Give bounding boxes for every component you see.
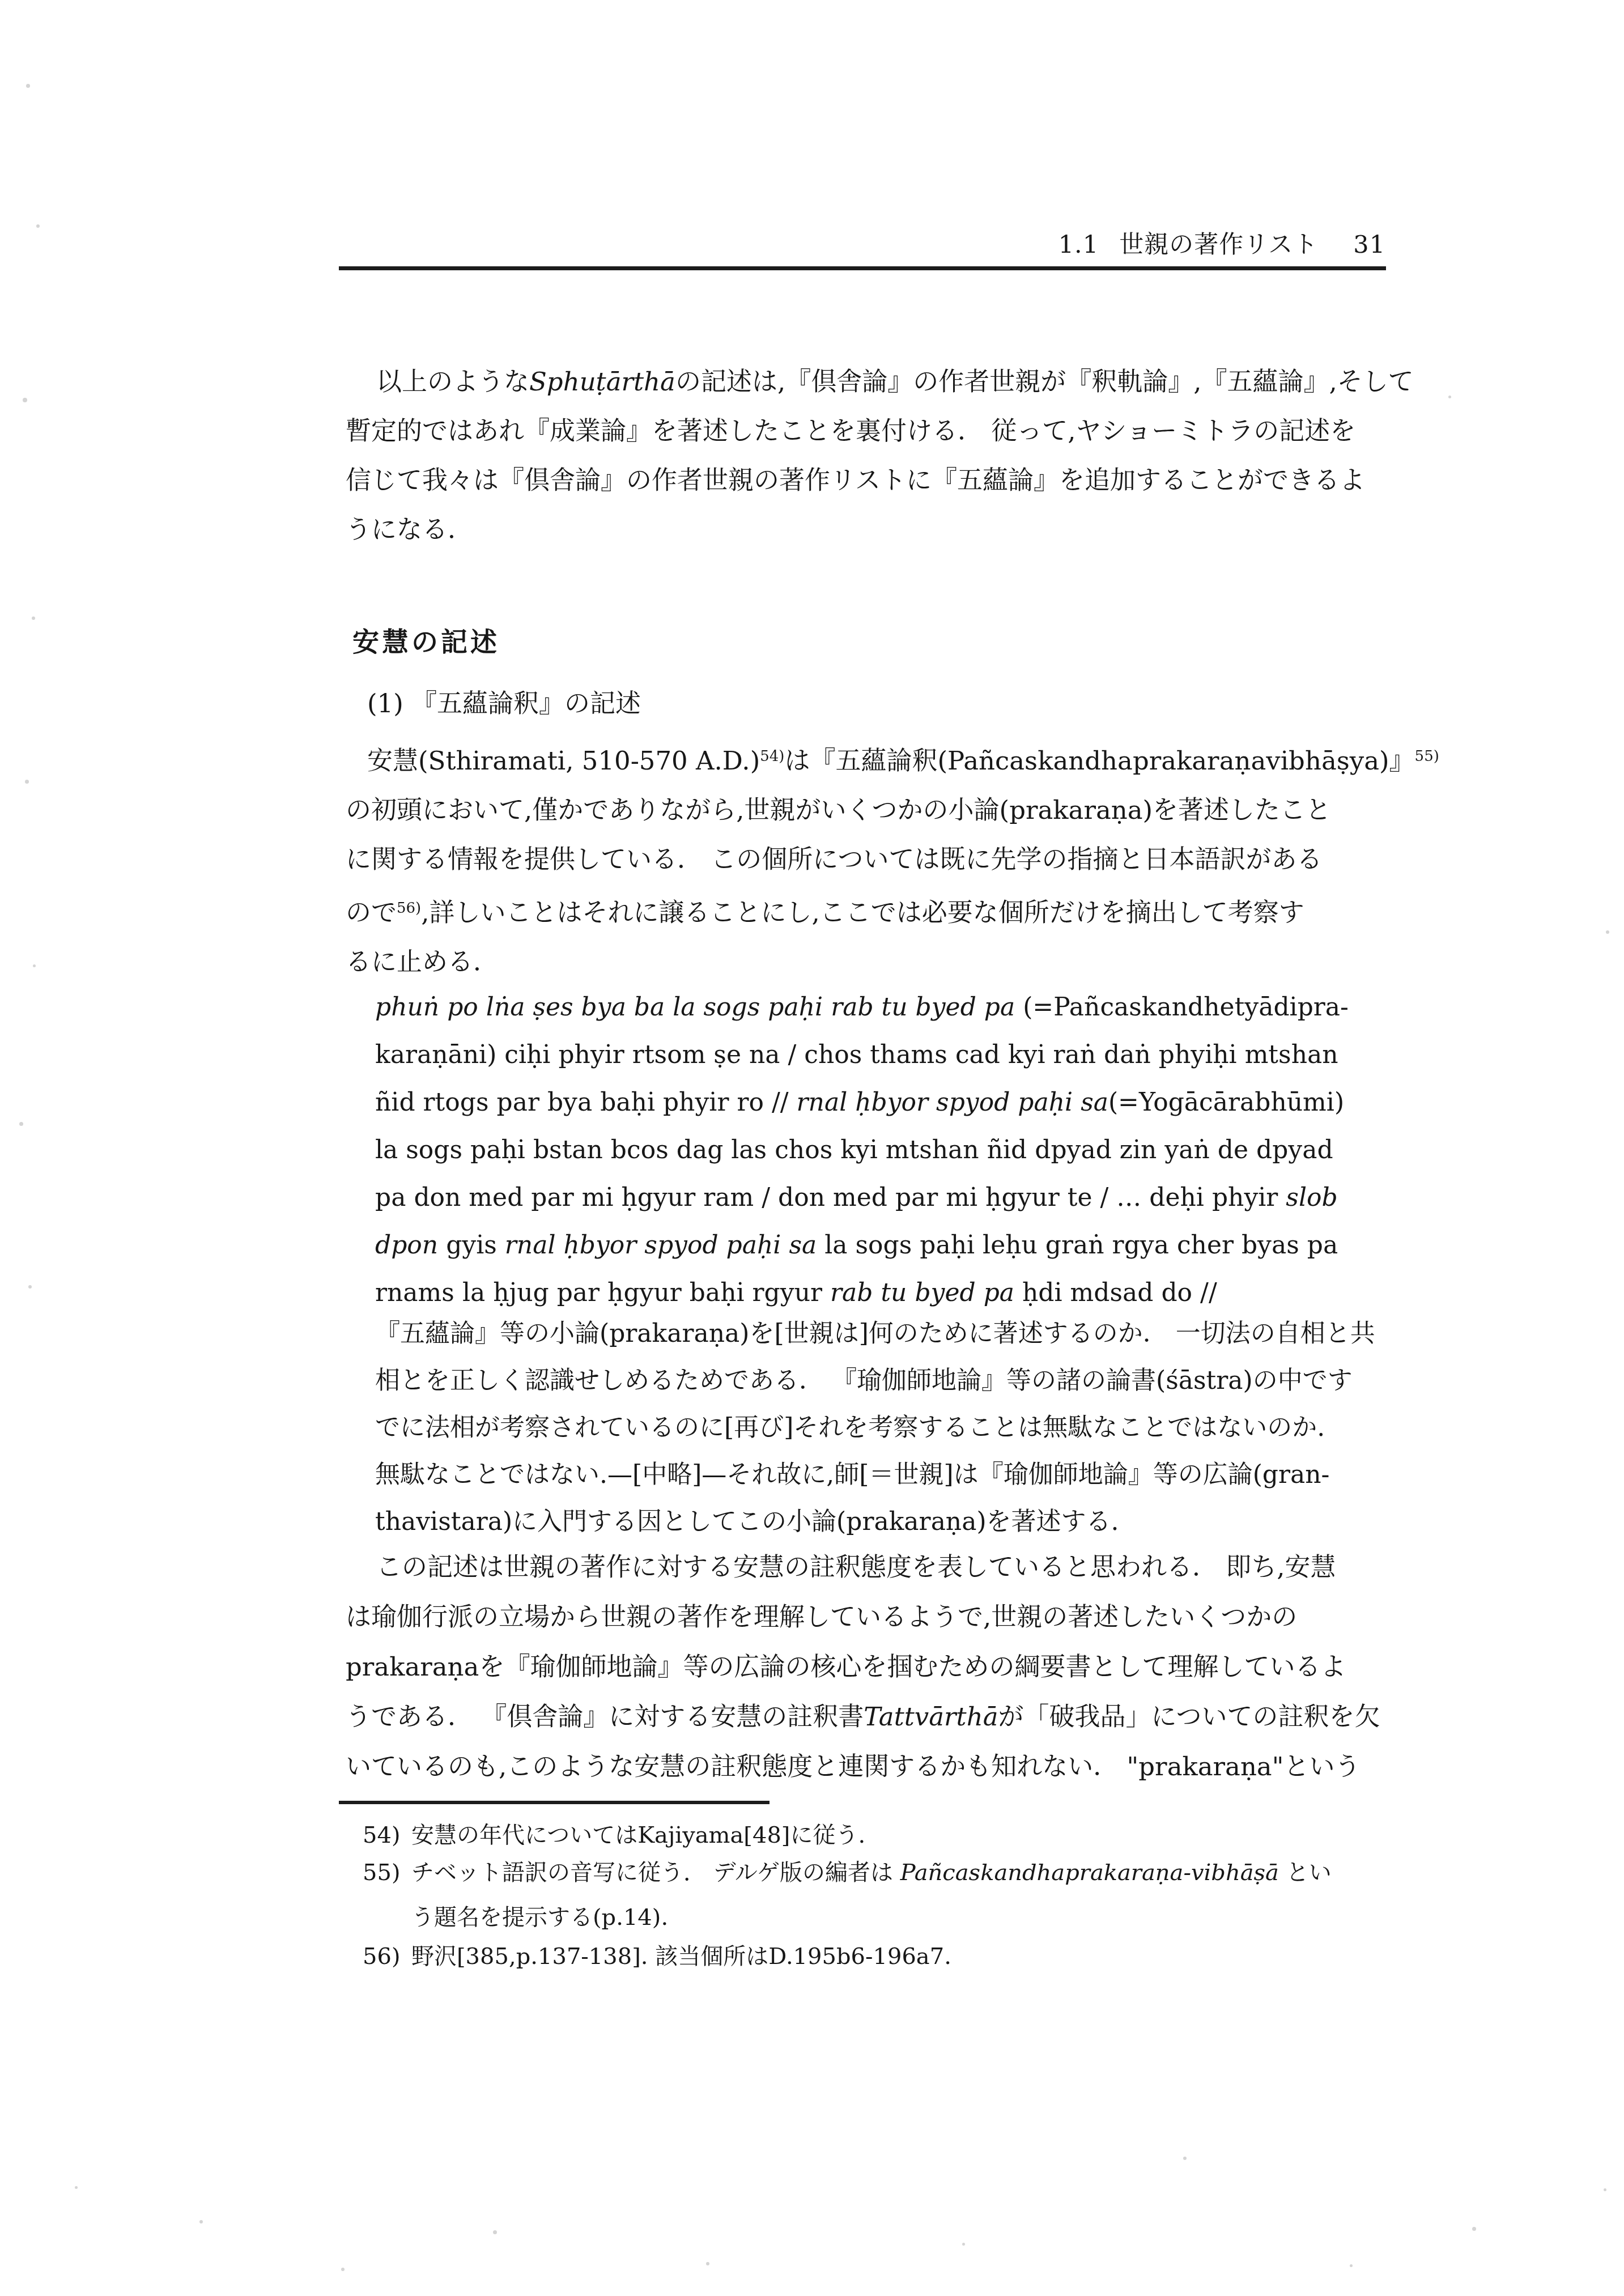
scan-speck (1183, 2157, 1187, 2160)
text-line: pa don med par mi ḥgyur ram / don med pa… (375, 1174, 1381, 1222)
subsection-heading: (1) 『五蘊論釈』の記述 (346, 679, 641, 728)
italic-text-run: Tattvārthā (864, 1702, 998, 1732)
text-line: (1) 『五蘊論釈』の記述 (346, 679, 641, 728)
text-line: でに法相が考察されているのに[再び]それを考察することは無駄なことではないのか. (375, 1404, 1381, 1451)
text-line: 安慧(Sthiramati, 510-570 A.D.)54)は『五蘊論釈(Pa… (346, 732, 1380, 785)
text-run: は『五蘊論釈(Pañcaskandhaprakaraṇavibhāṣya)』 (784, 746, 1414, 776)
text-line: 暫定的ではあれ『成業論』を著述したことを裏付ける． 従って,ヤショーミトラの記述… (346, 406, 1380, 456)
body-paragraph-1: 安慧(Sthiramati, 510-570 A.D.)54)は『五蘊論釈(Pa… (346, 732, 1380, 987)
italic-text-run: rnal ḥbyor spyod paḥi sa (505, 1231, 817, 1260)
header-rule (339, 266, 1386, 270)
intro-paragraph: 以上のようなSphuṭārthāの記述は,『倶舎論』の作者世親が『釈軌論』,『五… (346, 357, 1380, 554)
text-run: ,詳しいことはそれに譲ることにし,ここでは必要な個所だけを摘出して考察す (421, 898, 1304, 928)
text-run: うである． 『倶舎論』に対する安慧の註釈書 (346, 1702, 864, 1732)
scan-speck (199, 2220, 203, 2223)
text-line: ñid rtogs par bya baḥi phyir ro // rnal … (375, 1079, 1381, 1126)
text-line: 無駄なことではない.—[中略]—それ故に,師[＝世親]は『瑜伽師地論』等の広論(… (375, 1451, 1381, 1498)
text-run: う題名を提示する(p.14). (411, 1904, 668, 1931)
scan-speck (1604, 2188, 1606, 2191)
text-run: ので (346, 898, 397, 928)
text-run: prakaraṇaを『瑜伽師地論』等の広論の核心を掴むための綱要書として理解して… (346, 1652, 1346, 1682)
scanned-document-page: 1.1世親の著作リスト31 以上のようなSphuṭārthāの記述は,『倶舎論』… (0, 0, 1624, 2296)
footnote-separator-rule (339, 1801, 770, 1804)
italic-text-run: dpon (375, 1231, 438, 1260)
body-paragraph-2: この記述は世親の著作に対する安慧の註釈態度を表していると思われる． 即ち,安慧は… (346, 1542, 1380, 1792)
italic-text-run: phuṅ po lṅa ṣes bya ba la sogs paḥi rab … (375, 993, 1023, 1022)
text-run: は瑜伽行派の立場から世親の著作を理解しているようで,世親の著述したいくつかの (346, 1602, 1297, 1632)
text-line: ので56),詳しいことはそれに譲ることにし,ここでは必要な個所だけを摘出して考察… (346, 884, 1380, 937)
text-run: の初頭において,僅かでありながら,世親がいくつかの小論(prakaraṇa)を著… (346, 795, 1331, 825)
scan-speck (28, 1285, 32, 1289)
text-run: 無駄なことではない.—[中略]—それ故に,師[＝世親]は『瑜伽師地論』等の広論(… (375, 1460, 1329, 1489)
italic-text-run: rab tu byed pa (830, 1278, 1014, 1307)
italic-text-run: Pañcaskandhaprakaraṇa-vibhāṣā (900, 1860, 1279, 1886)
scan-speck (1606, 930, 1609, 934)
text-run: pa don med par mi ḥgyur ram / don med pa… (375, 1183, 1286, 1212)
footnote-row: う題名を提示する(p.14). (411, 1899, 1391, 1936)
text-run: 安慧(Sthiramati, 510-570 A.D.) (367, 746, 760, 776)
italic-text-run: slob (1286, 1183, 1337, 1212)
text-line: うである． 『倶舎論』に対する安慧の註釈書Tattvārthāが「破我品」につい… (346, 1692, 1380, 1742)
text-line: 相とを正しく認識せしめるためである． 『瑜伽師地論』等の諸の論書(śāstra)… (375, 1357, 1381, 1404)
footnote-row: 54)安慧の年代についてはKajiyama[48]に従う. (363, 1817, 1391, 1854)
text-run: karaṇāni) ciḥi phyir rtsom ṣe na / chos … (375, 1040, 1338, 1069)
scan-speck (1448, 396, 1451, 398)
text-run: 信じて我々は『倶舎論』の作者世親の著作リストに『五蘊論』を追加することができるよ (346, 465, 1365, 495)
text-line: dpon gyis rnal ḥbyor spyod paḥi sa la so… (375, 1222, 1381, 1269)
text-run: (1) 『五蘊論釈』の記述 (367, 688, 641, 718)
text-run: 以上のような (376, 367, 529, 397)
header-section-number: 1.1 (1058, 231, 1099, 259)
text-run: ñid rtogs par bya baḥi phyir ro // (375, 1088, 797, 1117)
text-run: (=Yogācārabhūmi) (1108, 1088, 1344, 1117)
text-line: るに止める． (346, 937, 1380, 987)
text-line: に関する情報を提供している． この個所については既に先学の指摘と日本語訳がある (346, 835, 1380, 884)
footnote-ref: 56) (397, 900, 421, 917)
scan-speck (25, 780, 29, 784)
footnote-row: 56)野沢[385,p.137-138]. 該当個所はD.195b6-196a7… (363, 1938, 1391, 1975)
text-line: prakaraṇaを『瑜伽師地論』等の広論の核心を掴むための綱要書として理解して… (346, 1642, 1380, 1692)
tibetan-quote-block: phuṅ po lṅa ṣes bya ba la sogs paḥi rab … (375, 984, 1381, 1317)
footnote-ref: 54) (760, 748, 784, 765)
scan-speck (493, 2230, 497, 2234)
text-run: うになる． (346, 515, 473, 545)
scan-speck (33, 964, 36, 967)
text-line: この記述は世親の著作に対する安慧の註釈態度を表していると思われる． 即ち,安慧 (346, 1542, 1380, 1592)
text-run: gyis (438, 1231, 505, 1260)
text-line: 『五蘊論』等の小論(prakaraṇa)を[世親は]何のために著述するのか． 一… (375, 1310, 1381, 1357)
text-run: の記述は,『倶舎論』の作者世親が『釈軌論』,『五蘊論』,そして (675, 367, 1414, 397)
scan-speck (36, 224, 40, 228)
footnotes: 54)安慧の年代についてはKajiyama[48]に従う.55)チベット語訳の音… (363, 1817, 1391, 1975)
text-line: 信じて我々は『倶舎論』の作者世親の著作リストに『五蘊論』を追加することができるよ (346, 456, 1380, 505)
text-run: 『五蘊論』等の小論(prakaraṇa)を[世親は]何のために著述するのか． 一… (375, 1319, 1375, 1348)
text-run: 相とを正しく認識せしめるためである． 『瑜伽師地論』等の諸の論書(śāstra)… (375, 1366, 1353, 1395)
text-run: ḥdi mdsad do // (1014, 1278, 1217, 1307)
scan-speck (75, 2186, 78, 2189)
text-line: phuṅ po lṅa ṣes bya ba la sogs paḥi rab … (375, 984, 1381, 1031)
scan-speck (32, 616, 35, 620)
scan-speck (23, 398, 27, 402)
footnote-number: 54) (363, 1817, 411, 1854)
scan-speck (962, 2243, 965, 2246)
scan-speck (1350, 2264, 1353, 2267)
text-run: でに法相が考察されているのに[再び]それを考察することは無駄なことではないのか. (375, 1413, 1325, 1442)
text-line: うになる． (346, 505, 1380, 554)
text-run: チベット語訳の音写に従う． デルゲ版の編者は (411, 1860, 900, 1886)
scan-speck (1472, 2227, 1476, 2231)
scan-speck (706, 2262, 709, 2265)
page-header: 1.1世親の著作リスト31 (340, 226, 1385, 260)
quote-translation-block: 『五蘊論』等の小論(prakaraṇa)を[世親は]何のために著述するのか． 一… (375, 1310, 1381, 1545)
text-run: が「破我品」についての註釈を欠 (998, 1702, 1380, 1732)
text-run: 野沢[385,p.137-138]. 該当個所はD.195b6-196a7. (411, 1944, 951, 1970)
text-run: (=Pañcaskandhetyādipra- (1023, 993, 1349, 1022)
text-run: 安慧の年代についてはKajiyama[48]に従う. (411, 1822, 865, 1848)
text-run: thavistara)に入門する因としてこの小論(prakaraṇa)を著述する… (375, 1507, 1119, 1536)
text-line: la sogs paḥi bstan bcos dag las chos kyi… (375, 1126, 1381, 1174)
scan-speck (341, 2268, 345, 2271)
text-run: とい (1279, 1860, 1332, 1886)
text-run: la sogs paḥi leḥu graṅ rgya cher byas pa (817, 1231, 1338, 1260)
text-line: いているのも,このような安慧の註釈態度と連関するかも知れない． "prakara… (346, 1742, 1380, 1792)
text-line: の初頭において,僅かでありながら,世親がいくつかの小論(prakaraṇa)を著… (346, 785, 1380, 835)
header-page-number: 31 (1353, 231, 1385, 259)
text-run: るに止める． (346, 947, 499, 977)
text-line: 以上のようなSphuṭārthāの記述は,『倶舎論』の作者世親が『釈軌論』,『五… (346, 357, 1380, 406)
scan-speck (19, 1122, 23, 1126)
text-run: rnams la ḥjug par ḥgyur baḥi rgyur (375, 1278, 830, 1307)
footnote-number: 55) (363, 1854, 411, 1891)
footnote-ref: 55) (1415, 748, 1439, 765)
text-run: に関する情報を提供している． この個所については既に先学の指摘と日本語訳がある (346, 844, 1322, 874)
text-run: いているのも,このような安慧の註釈態度と連関するかも知れない． "prakara… (346, 1751, 1360, 1781)
text-line: は瑜伽行派の立場から世親の著作を理解しているようで,世親の著述したいくつかの (346, 1592, 1380, 1642)
text-line: karaṇāni) ciḥi phyir rtsom ṣe na / chos … (375, 1031, 1381, 1079)
italic-text-run: Sphuṭārthā (529, 367, 675, 397)
italic-text-run: rnal ḥbyor spyod paḥi sa (797, 1088, 1108, 1117)
text-line: thavistara)に入門する因としてこの小論(prakaraṇa)を著述する… (375, 1498, 1381, 1545)
header-running-title: 世親の著作リスト (1119, 231, 1318, 259)
footnote-row: 55)チベット語訳の音写に従う． デルゲ版の編者は Pañcaskandhapr… (363, 1854, 1391, 1891)
scan-speck (26, 84, 30, 88)
text-run: この記述は世親の著作に対する安慧の註釈態度を表していると思われる． 即ち,安慧 (376, 1552, 1336, 1582)
section-heading: 安慧の記述 (352, 621, 500, 659)
text-run: la sogs paḥi bstan bcos dag las chos kyi… (375, 1136, 1333, 1164)
text-run: 暫定的ではあれ『成業論』を著述したことを裏付ける． 従って,ヤショーミトラの記述… (346, 416, 1355, 446)
footnote-number: 56) (363, 1938, 411, 1975)
